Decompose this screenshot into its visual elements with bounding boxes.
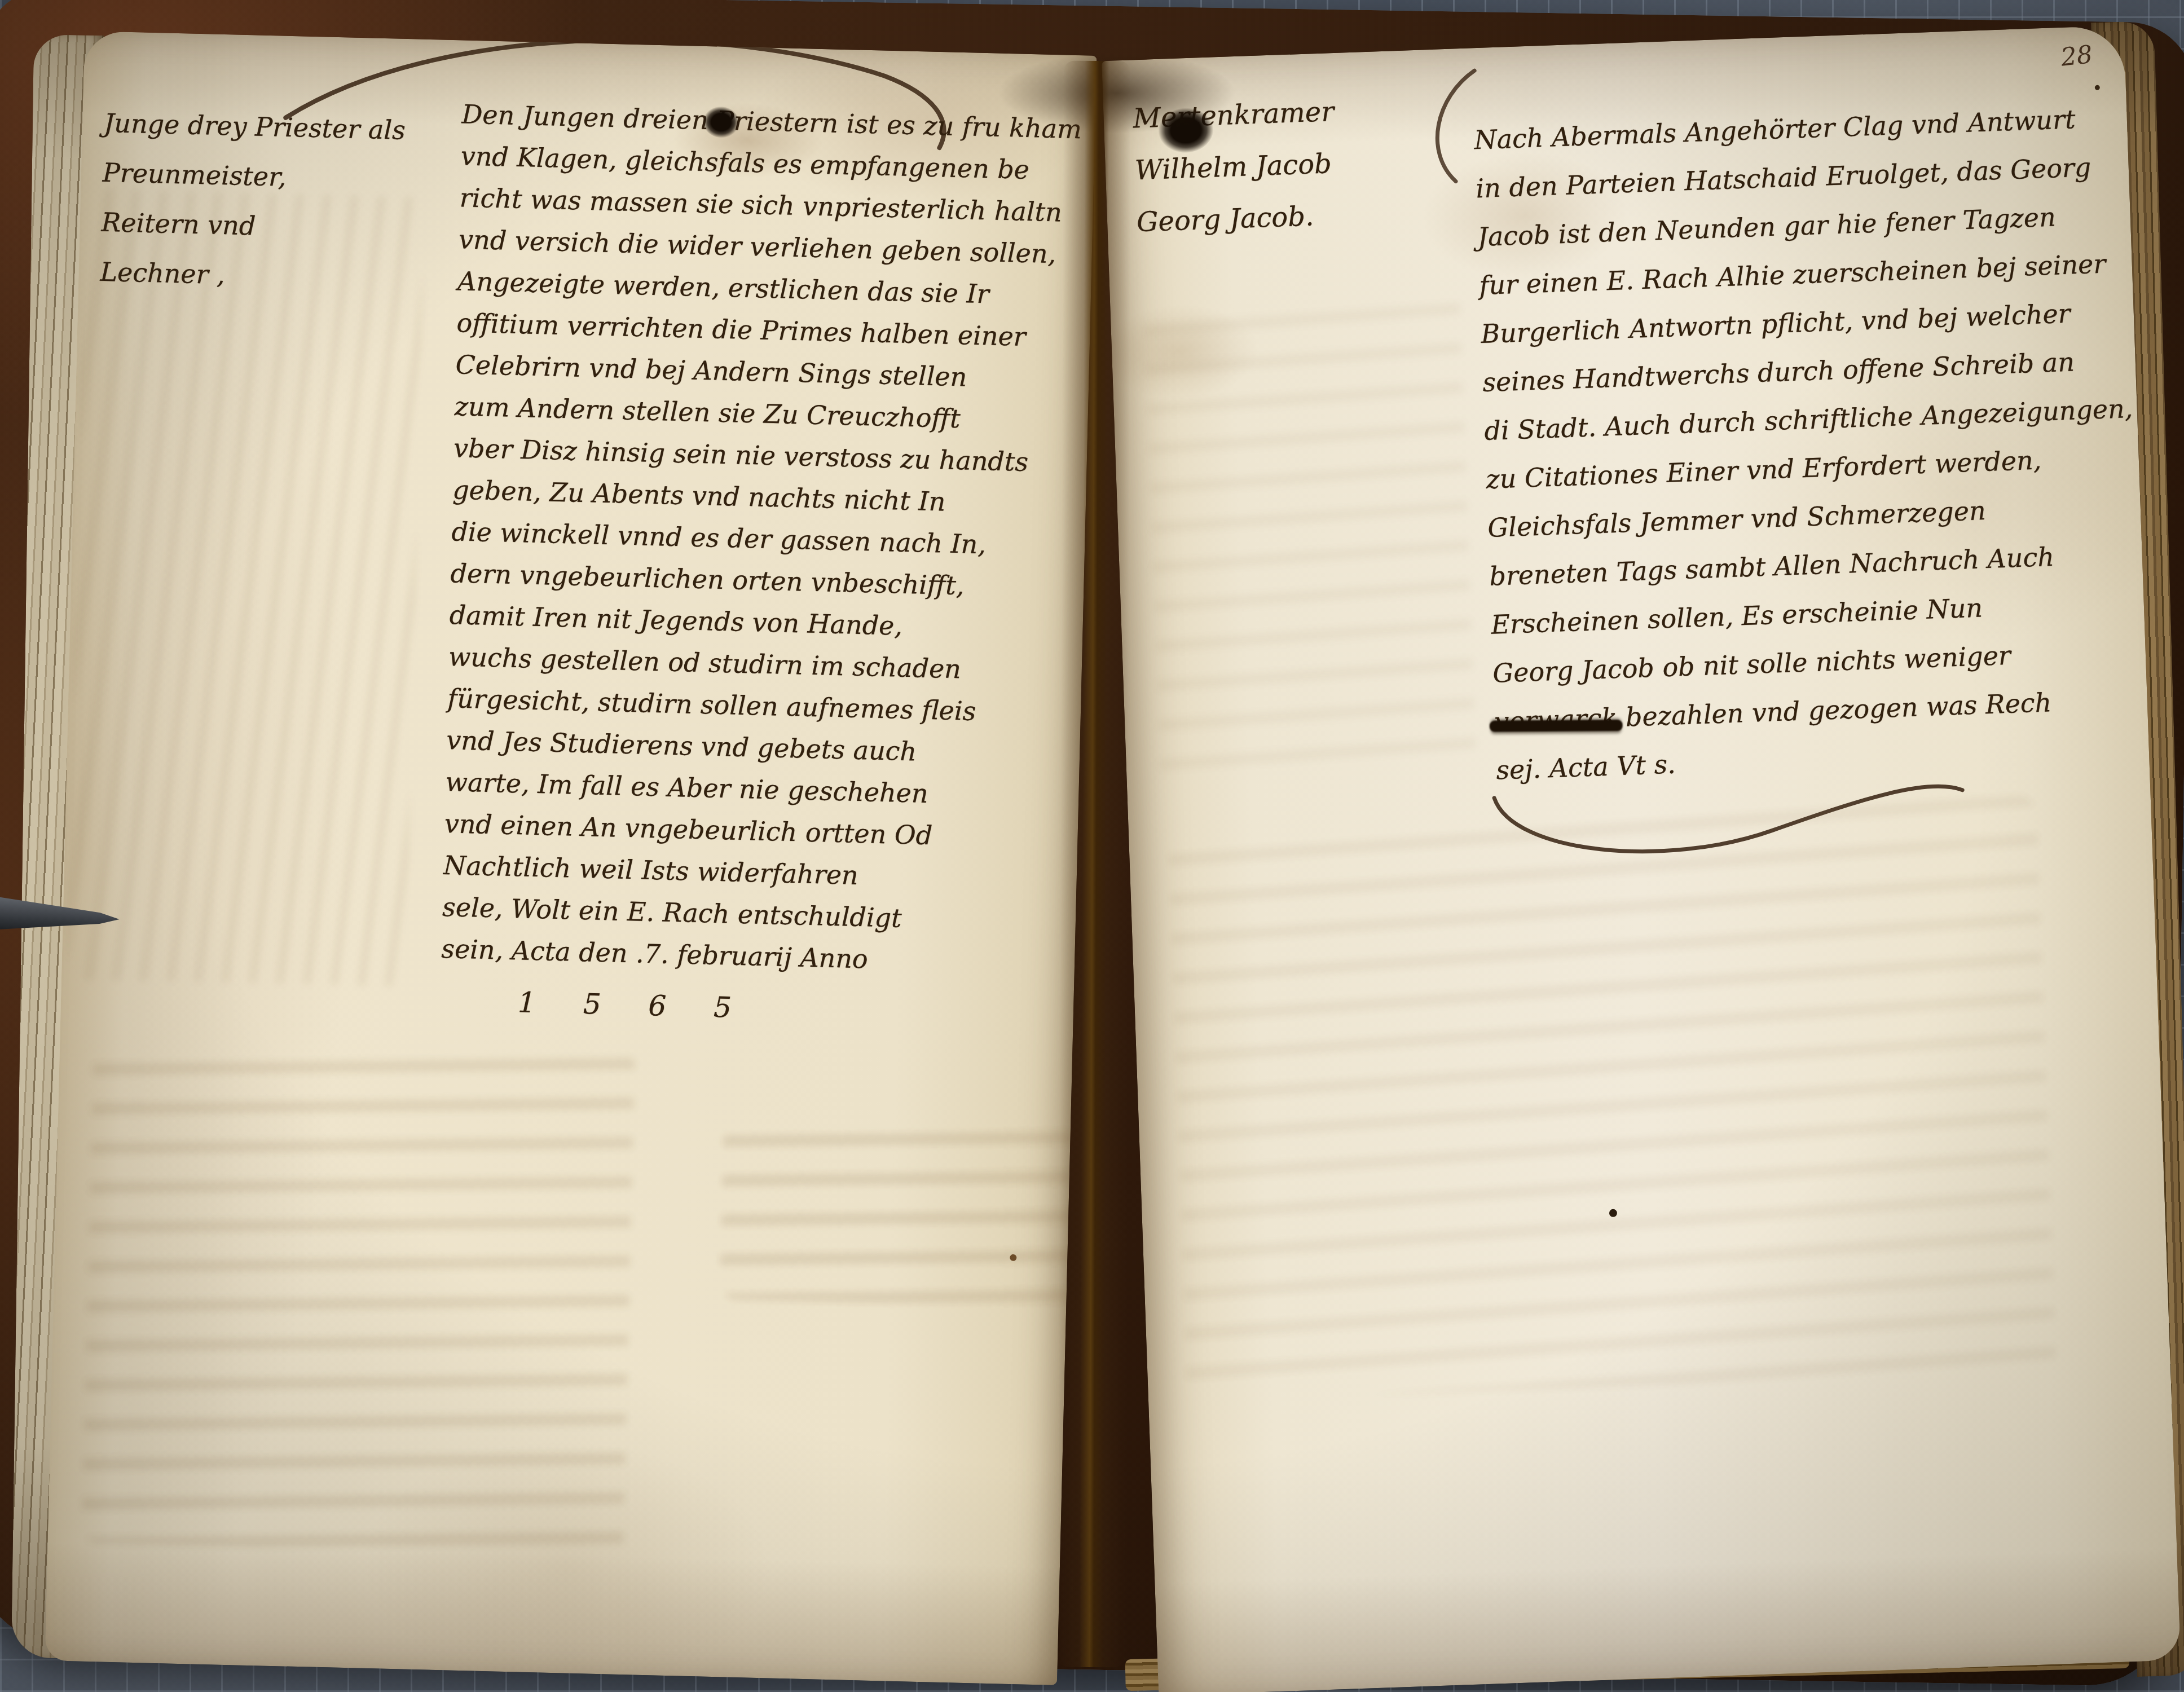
margin-note-line: Georg Jacob. bbox=[1136, 190, 1339, 248]
margin-note-line: Lechner , bbox=[100, 247, 403, 304]
bleed-through-text bbox=[82, 1036, 636, 1556]
right-body-text: Nach Abermals Angehörter Clag vnd Antwur… bbox=[1473, 93, 2146, 794]
pen-flourish-icon bbox=[1477, 764, 1988, 883]
left-page: Junge drey Priester alsPreunmeister,Reit… bbox=[45, 31, 1097, 1685]
bleed-through-text bbox=[67, 189, 425, 986]
left-body-text: Den Jungen dreien Priestern ist es zu fr… bbox=[441, 93, 1082, 984]
manuscript-photo: Junge drey Priester alsPreunmeister,Reit… bbox=[0, 0, 2184, 1692]
right-page: 28 MertenkramerWilhelm JacobGeorg Jacob.… bbox=[1102, 25, 2181, 1692]
bleed-through-text bbox=[719, 1107, 1073, 1307]
bleed-through-text bbox=[1144, 285, 1477, 781]
year-1565: 1 5 6 5 bbox=[517, 986, 751, 1024]
paper-speck bbox=[1609, 1209, 1617, 1217]
paper-speck bbox=[1010, 1254, 1016, 1261]
margin-note-line: Junge drey Priester als bbox=[103, 98, 406, 155]
binding-gutter bbox=[1058, 61, 1131, 1667]
paper-speck bbox=[2095, 85, 2100, 90]
bleed-through-text bbox=[1168, 796, 2057, 1401]
folio-number: 28 bbox=[2059, 40, 2094, 72]
margin-note-line: Reitern vnd bbox=[101, 197, 404, 254]
margin-note-line: Preunmeister, bbox=[102, 148, 405, 205]
ink-strike-mark bbox=[1490, 720, 1623, 732]
left-margin-note: Junge drey Priester alsPreunmeister,Reit… bbox=[100, 98, 406, 304]
